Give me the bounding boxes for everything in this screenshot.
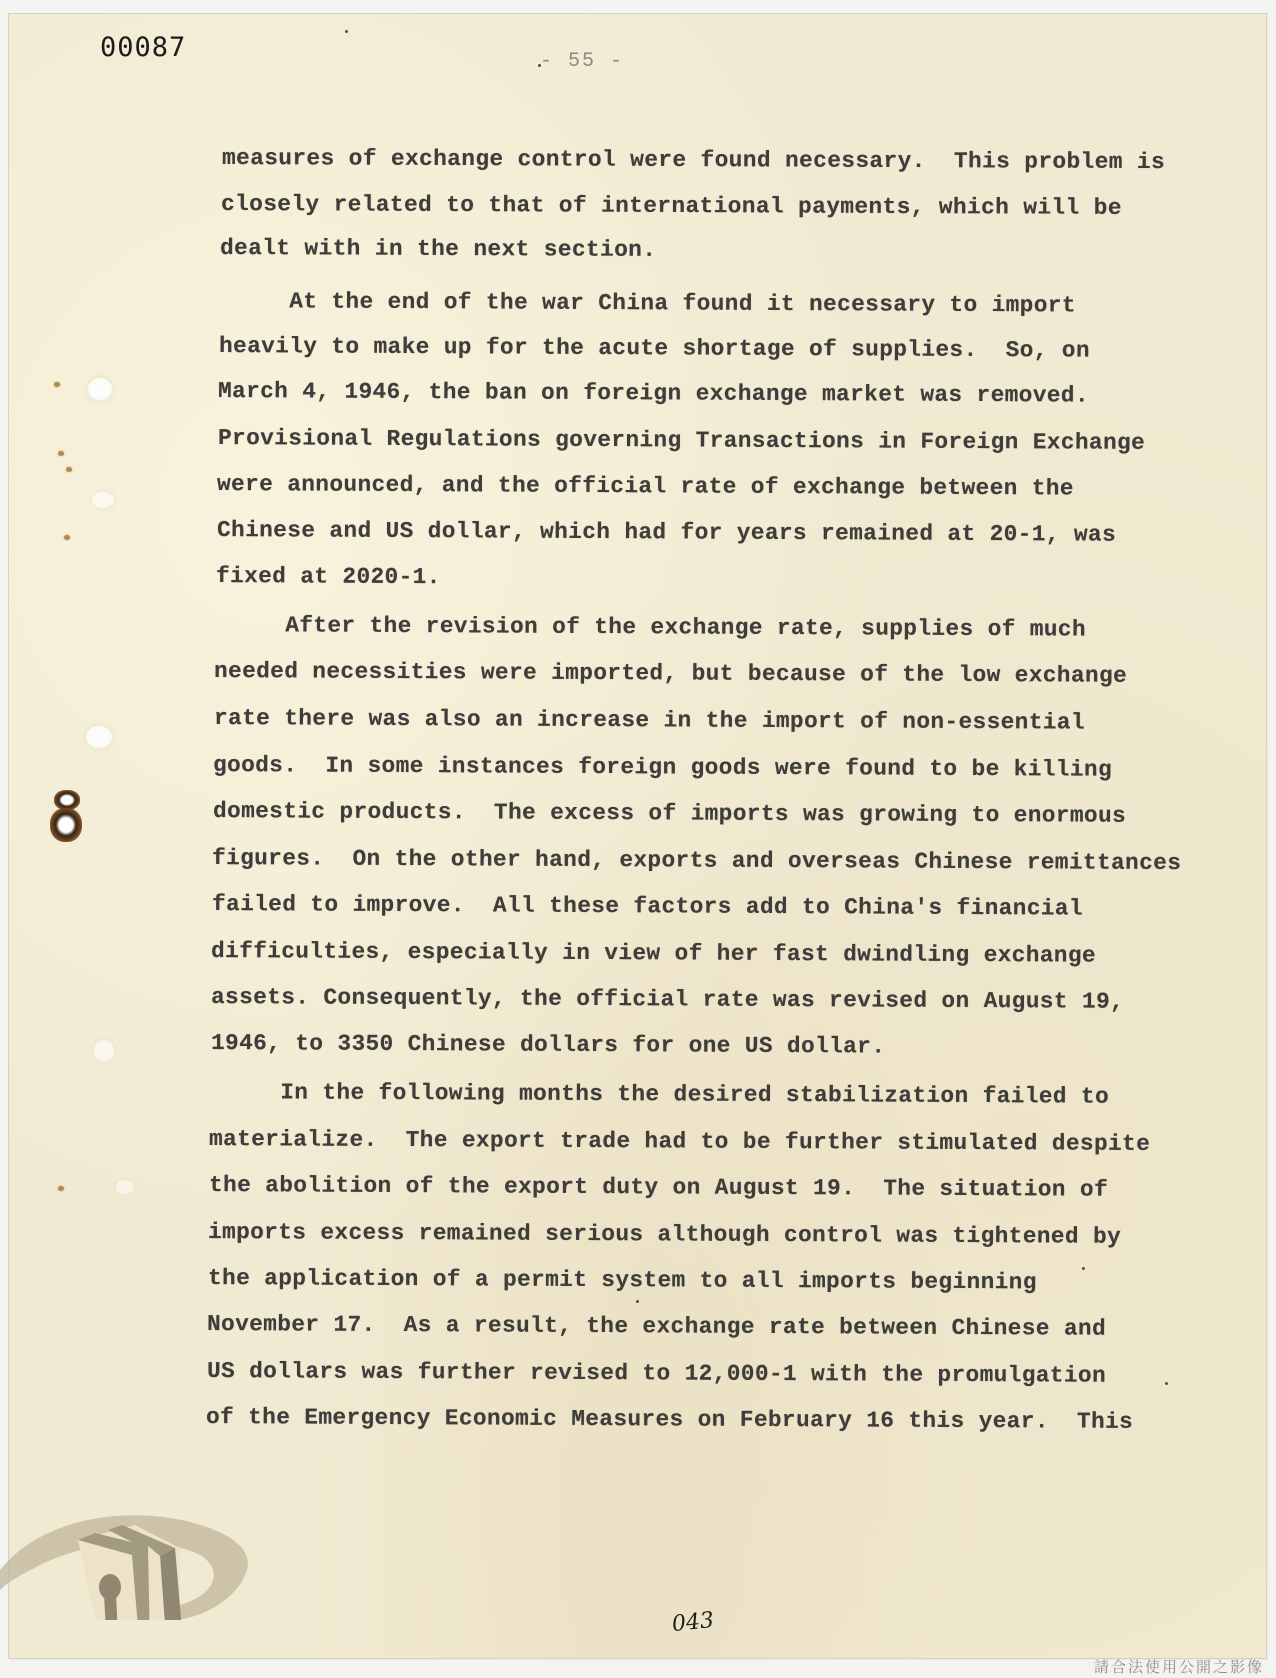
text-line: domestic products. The excess of imports… [213,798,1126,829]
text-line: the abolition of the export duty on Augu… [209,1172,1108,1203]
text-line: 1946, to 3350 Chinese dollars for one US… [211,1030,885,1060]
text-line: needed necessities were imported, but be… [214,658,1127,689]
text-line: measures of exchange control were found … [222,145,1165,175]
text-line: Chinese and US dollar, which had for yea… [217,517,1116,548]
text-line: failed to improve. All these factors add… [212,891,1083,922]
text-line: of the Emergency Economic Measures on Fe… [206,1404,1133,1435]
text-line: materialize. The export trade had to be … [209,1126,1150,1157]
text-line: goods. In some instances foreign goods w… [213,752,1112,783]
text-line: assets. Consequently, the official rate … [211,984,1124,1015]
text-line: figures. On the other hand, exports and … [212,845,1181,876]
text-line: difficulties, especially in view of her … [211,938,1096,969]
text-line: imports excess remained serious although… [208,1219,1121,1250]
text-line: the application of a permit system to al… [208,1265,1037,1295]
text-line: fixed at 2020-1. [216,563,441,590]
document-body: measures of exchange control were found … [0,0,1276,1678]
scanned-page: 00087 - 55 - measures of exchange contro… [0,0,1276,1678]
text-line: rate there was also an increase in the i… [214,705,1085,736]
text-line: Provisional Regulations governing Transa… [218,425,1145,456]
text-line: After the revision of the exchange rate,… [215,612,1086,643]
text-line: November 17. As a result, the exchange r… [207,1311,1106,1342]
text-line: At the end of the war China found it nec… [219,288,1076,318]
text-line: March 4, 1946, the ban on foreign exchan… [218,378,1089,409]
text-line: closely related to that of international… [221,191,1122,221]
text-line: heavily to make up for the acute shortag… [219,333,1090,364]
handwritten-page-mark: 043 [671,1608,715,1637]
text-line: US dollars was further revised to 12,000… [207,1358,1106,1389]
archive-logo-icon [0,1470,260,1620]
usage-notice: 請合法使用公開之影像 [1094,1656,1264,1677]
text-line: dealt with in the next section. [220,235,656,263]
text-line: In the following months the desired stab… [210,1079,1109,1110]
text-line: were announced, and the official rate of… [217,471,1074,501]
